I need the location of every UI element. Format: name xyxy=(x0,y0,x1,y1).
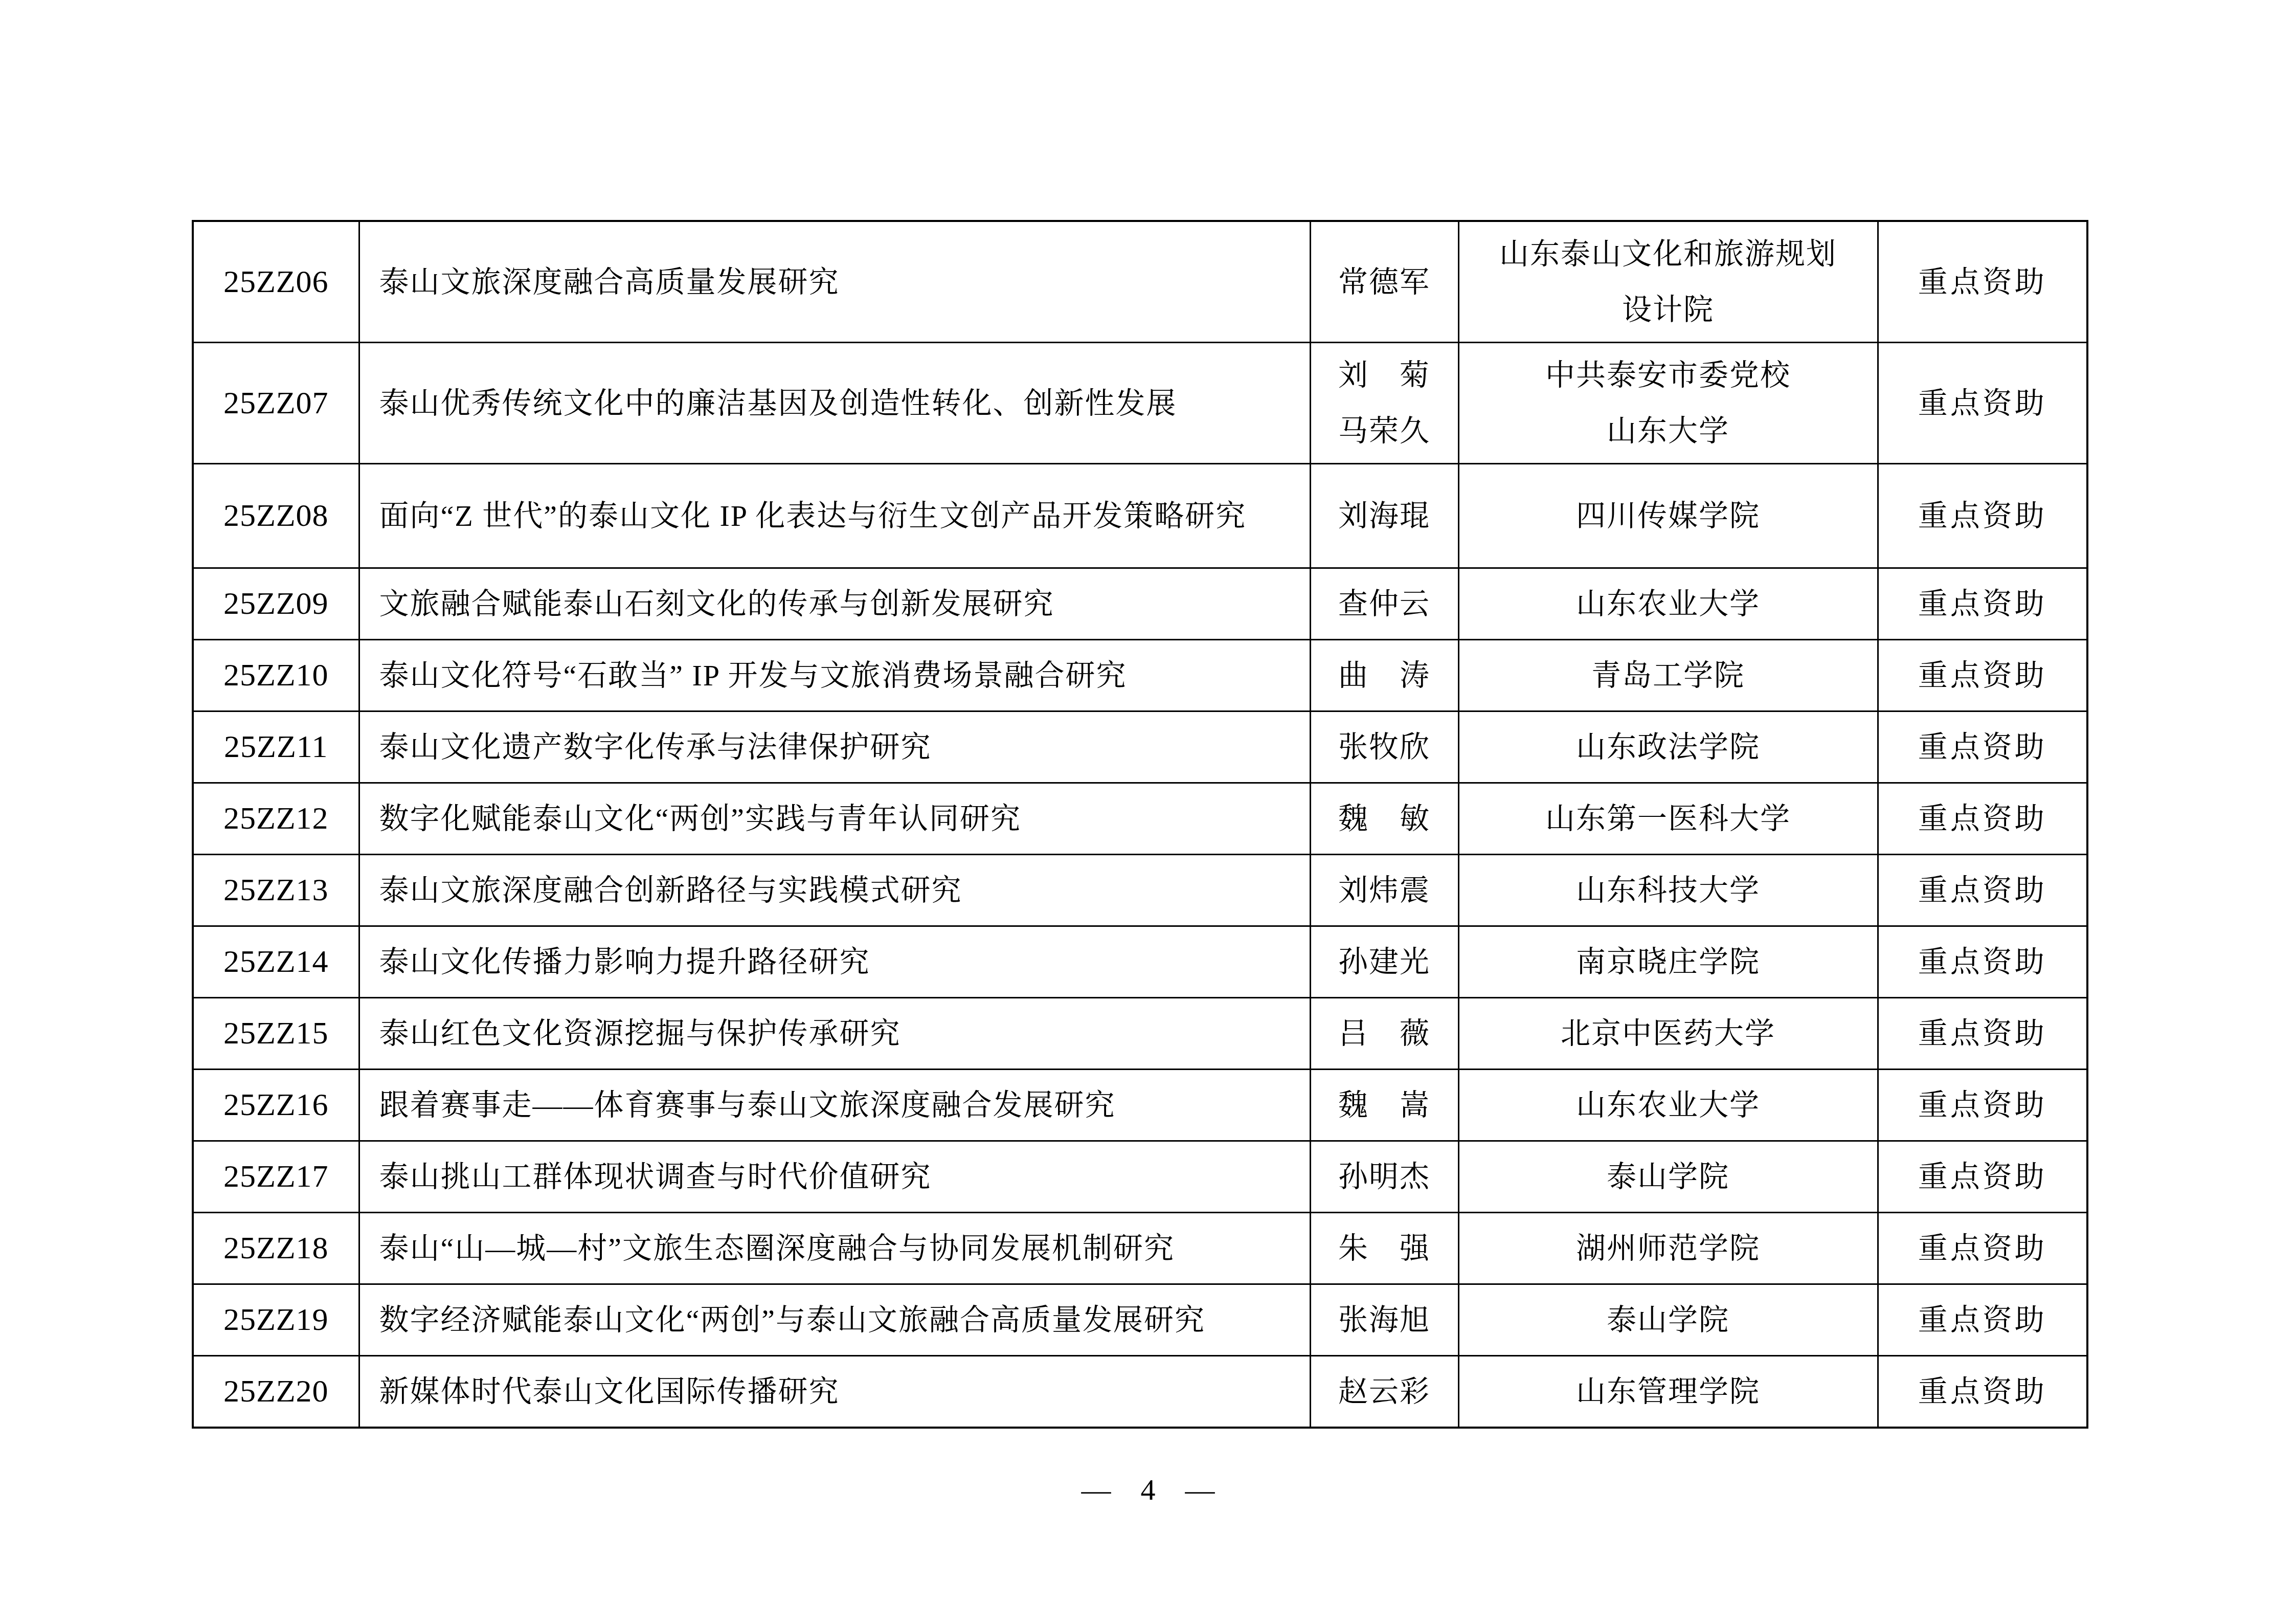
project-title: 泰山挑山工群体现状调查与时代价值研究 xyxy=(359,1141,1310,1213)
table-row: 25ZZ06 泰山文旅深度融合高质量发展研究 常德军 山东泰山文化和旅游规划设计… xyxy=(193,221,2087,343)
funding-type: 重点资助 xyxy=(1878,1284,2087,1356)
table-row: 25ZZ08 面向“Z 世代”的泰山文化 IP 化表达与衍生文创产品开发策略研究… xyxy=(193,464,2087,568)
table-row: 25ZZ12 数字化赋能泰山文化“两创”实践与青年认同研究 魏 敏 山东第一医科… xyxy=(193,783,2087,855)
project-code: 25ZZ17 xyxy=(193,1141,359,1213)
project-institution: 北京中医药大学 xyxy=(1458,998,1878,1070)
table-row: 25ZZ19 数字经济赋能泰山文化“两创”与泰山文旅融合高质量发展研究 张海旭 … xyxy=(193,1284,2087,1356)
project-code: 25ZZ07 xyxy=(193,343,359,464)
project-leader: 魏 嵩 xyxy=(1310,1070,1458,1141)
project-code: 25ZZ15 xyxy=(193,998,359,1070)
project-title: 面向“Z 世代”的泰山文化 IP 化表达与衍生文创产品开发策略研究 xyxy=(359,464,1310,568)
project-leader: 张牧欣 xyxy=(1310,711,1458,783)
funding-type: 重点资助 xyxy=(1878,568,2087,640)
funding-type: 重点资助 xyxy=(1878,1213,2087,1284)
project-leader: 刘 菊 马荣久 xyxy=(1310,343,1458,464)
project-leader: 赵云彩 xyxy=(1310,1356,1458,1428)
funded-projects-table: 25ZZ06 泰山文旅深度融合高质量发展研究 常德军 山东泰山文化和旅游规划设计… xyxy=(192,220,2088,1429)
project-title: 泰山文化遗产数字化传承与法律保护研究 xyxy=(359,711,1310,783)
project-title: 泰山文旅深度融合高质量发展研究 xyxy=(359,221,1310,343)
project-code: 25ZZ12 xyxy=(193,783,359,855)
funding-type: 重点资助 xyxy=(1878,855,2087,926)
project-leader: 魏 敏 xyxy=(1310,783,1458,855)
funding-type: 重点资助 xyxy=(1878,926,2087,998)
project-institution: 山东泰山文化和旅游规划设计院 xyxy=(1458,221,1878,343)
table-row: 25ZZ11 泰山文化遗产数字化传承与法律保护研究 张牧欣 山东政法学院 重点资… xyxy=(193,711,2087,783)
funding-type: 重点资助 xyxy=(1878,998,2087,1070)
project-institution: 南京晓庄学院 xyxy=(1458,926,1878,998)
project-title: 泰山“山—城—村”文旅生态圈深度融合与协同发展机制研究 xyxy=(359,1213,1310,1284)
funding-type: 重点资助 xyxy=(1878,783,2087,855)
table-row: 25ZZ07 泰山优秀传统文化中的廉洁基因及创造性转化、创新性发展 刘 菊 马荣… xyxy=(193,343,2087,464)
project-title: 泰山优秀传统文化中的廉洁基因及创造性转化、创新性发展 xyxy=(359,343,1310,464)
project-institution: 泰山学院 xyxy=(1458,1141,1878,1213)
table-row: 25ZZ17 泰山挑山工群体现状调查与时代价值研究 孙明杰 泰山学院 重点资助 xyxy=(193,1141,2087,1213)
project-institution: 湖州师范学院 xyxy=(1458,1213,1878,1284)
project-institution: 泰山学院 xyxy=(1458,1284,1878,1356)
project-institution: 山东政法学院 xyxy=(1458,711,1878,783)
project-leader: 张海旭 xyxy=(1310,1284,1458,1356)
project-institution: 青岛工学院 xyxy=(1458,640,1878,711)
project-leader: 吕 薇 xyxy=(1310,998,1458,1070)
project-code: 25ZZ14 xyxy=(193,926,359,998)
project-title: 泰山文化符号“石敢当” IP 开发与文旅消费场景融合研究 xyxy=(359,640,1310,711)
project-title: 数字经济赋能泰山文化“两创”与泰山文旅融合高质量发展研究 xyxy=(359,1284,1310,1356)
project-code: 25ZZ18 xyxy=(193,1213,359,1284)
table-row: 25ZZ15 泰山红色文化资源挖掘与保护传承研究 吕 薇 北京中医药大学 重点资… xyxy=(193,998,2087,1070)
table-row: 25ZZ18 泰山“山—城—村”文旅生态圈深度融合与协同发展机制研究 朱 强 湖… xyxy=(193,1213,2087,1284)
project-code: 25ZZ10 xyxy=(193,640,359,711)
document-page: { "table": { "rows": [ { "code": "25ZZ06… xyxy=(0,0,2296,1624)
table-row: 25ZZ10 泰山文化符号“石敢当” IP 开发与文旅消费场景融合研究 曲 涛 … xyxy=(193,640,2087,711)
project-leader: 朱 强 xyxy=(1310,1213,1458,1284)
table-row: 25ZZ16 跟着赛事走——体育赛事与泰山文旅深度融合发展研究 魏 嵩 山东农业… xyxy=(193,1070,2087,1141)
project-code: 25ZZ11 xyxy=(193,711,359,783)
project-code: 25ZZ19 xyxy=(193,1284,359,1356)
project-code: 25ZZ06 xyxy=(193,221,359,343)
projects-table-body: 25ZZ06 泰山文旅深度融合高质量发展研究 常德军 山东泰山文化和旅游规划设计… xyxy=(193,221,2087,1428)
project-title: 泰山红色文化资源挖掘与保护传承研究 xyxy=(359,998,1310,1070)
table-row: 25ZZ13 泰山文旅深度融合创新路径与实践模式研究 刘炜震 山东科技大学 重点… xyxy=(193,855,2087,926)
project-code: 25ZZ08 xyxy=(193,464,359,568)
funding-type: 重点资助 xyxy=(1878,1070,2087,1141)
project-leader: 查仲云 xyxy=(1310,568,1458,640)
funding-type: 重点资助 xyxy=(1878,343,2087,464)
funding-type: 重点资助 xyxy=(1878,464,2087,568)
funding-type: 重点资助 xyxy=(1878,221,2087,343)
project-title: 跟着赛事走——体育赛事与泰山文旅深度融合发展研究 xyxy=(359,1070,1310,1141)
project-title: 泰山文化传播力影响力提升路径研究 xyxy=(359,926,1310,998)
table-row: 25ZZ09 文旅融合赋能泰山石刻文化的传承与创新发展研究 查仲云 山东农业大学… xyxy=(193,568,2087,640)
project-institution: 山东农业大学 xyxy=(1458,568,1878,640)
project-code: 25ZZ20 xyxy=(193,1356,359,1428)
project-leader: 刘炜震 xyxy=(1310,855,1458,926)
project-leader: 常德军 xyxy=(1310,221,1458,343)
funding-type: 重点资助 xyxy=(1878,640,2087,711)
project-institution: 四川传媒学院 xyxy=(1458,464,1878,568)
project-institution: 山东科技大学 xyxy=(1458,855,1878,926)
funding-type: 重点资助 xyxy=(1878,1141,2087,1213)
page-number: — 4 — xyxy=(0,1465,2296,1508)
project-title: 泰山文旅深度融合创新路径与实践模式研究 xyxy=(359,855,1310,926)
project-title: 文旅融合赋能泰山石刻文化的传承与创新发展研究 xyxy=(359,568,1310,640)
funding-type: 重点资助 xyxy=(1878,1356,2087,1428)
project-leader: 刘海琨 xyxy=(1310,464,1458,568)
project-leader: 孙建光 xyxy=(1310,926,1458,998)
project-institution: 山东农业大学 xyxy=(1458,1070,1878,1141)
project-leader: 孙明杰 xyxy=(1310,1141,1458,1213)
table-row: 25ZZ14 泰山文化传播力影响力提升路径研究 孙建光 南京晓庄学院 重点资助 xyxy=(193,926,2087,998)
project-institution: 山东第一医科大学 xyxy=(1458,783,1878,855)
project-code: 25ZZ13 xyxy=(193,855,359,926)
project-leader: 曲 涛 xyxy=(1310,640,1458,711)
project-title: 新媒体时代泰山文化国际传播研究 xyxy=(359,1356,1310,1428)
table-row: 25ZZ20 新媒体时代泰山文化国际传播研究 赵云彩 山东管理学院 重点资助 xyxy=(193,1356,2087,1428)
project-title: 数字化赋能泰山文化“两创”实践与青年认同研究 xyxy=(359,783,1310,855)
project-code: 25ZZ09 xyxy=(193,568,359,640)
project-institution: 中共泰安市委党校 山东大学 xyxy=(1458,343,1878,464)
funding-type: 重点资助 xyxy=(1878,711,2087,783)
project-institution: 山东管理学院 xyxy=(1458,1356,1878,1428)
project-code: 25ZZ16 xyxy=(193,1070,359,1141)
